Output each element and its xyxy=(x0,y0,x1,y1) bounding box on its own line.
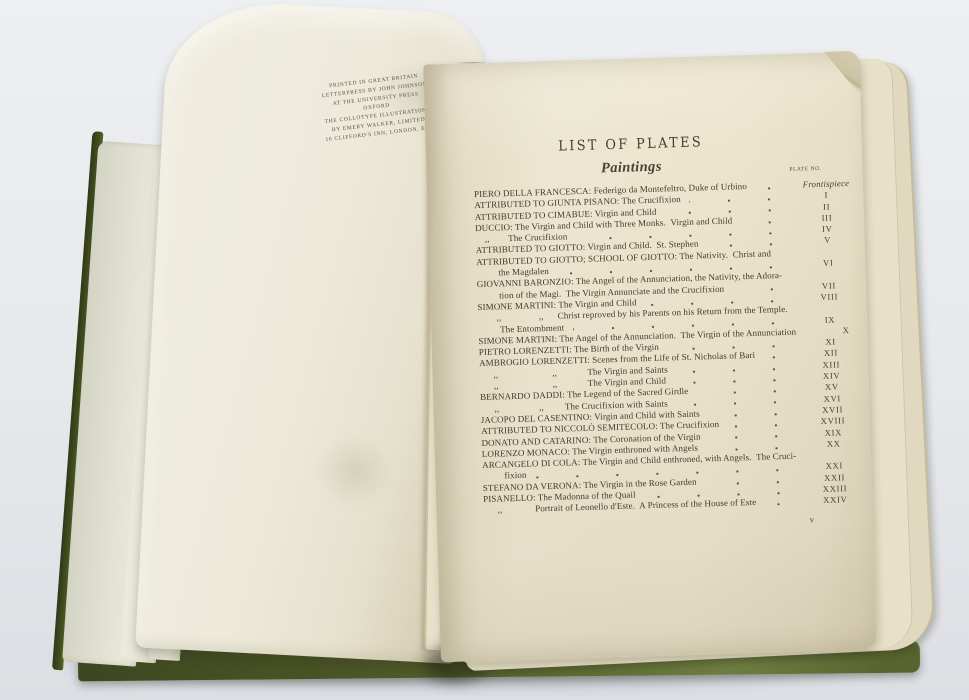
plate-number: V xyxy=(795,234,859,246)
plate-number: VI xyxy=(796,257,860,269)
leader-dots xyxy=(708,243,791,247)
plate-number: XXIII xyxy=(803,483,867,495)
plate-number: IX xyxy=(798,313,862,325)
row-spacer xyxy=(782,276,861,278)
plate-number: XIII xyxy=(799,358,863,370)
show-through-smudge xyxy=(313,431,397,510)
plate-number: VII xyxy=(797,279,861,291)
plate-number: XX xyxy=(802,437,866,449)
plate-number: Frontispiece xyxy=(794,178,858,190)
plate-number: I xyxy=(794,189,858,201)
leader-dots xyxy=(764,356,794,359)
plate-number: XII xyxy=(799,347,863,359)
plate-no-column-header: PLATE NO. xyxy=(767,165,843,173)
row-spacer xyxy=(796,457,866,459)
plate-number: XVI xyxy=(800,392,864,404)
plate-row-text: the Magdalen xyxy=(476,266,549,278)
section-heading: Paintings xyxy=(465,155,797,182)
plate-row-text: fixion xyxy=(482,470,526,481)
leader-dots xyxy=(733,288,792,292)
plate-number: X xyxy=(814,324,878,336)
leader-dots xyxy=(728,424,796,428)
leader-dots xyxy=(765,503,798,506)
plate-number: II xyxy=(794,200,858,212)
plate-number: VIII xyxy=(797,291,861,303)
row-spacer xyxy=(771,254,860,257)
row-spacer xyxy=(788,310,862,312)
leader-dots xyxy=(741,220,790,223)
plate-number: IV xyxy=(795,223,859,235)
plate-number: XIV xyxy=(799,370,863,382)
plate-number: XVII xyxy=(801,404,865,416)
right-page: LIST OF PLATES Paintings PLATE NO. PIERO… xyxy=(423,52,877,663)
plate-number: XI xyxy=(798,336,862,348)
plate-number: XXI xyxy=(802,460,866,472)
plate-number: XVIII xyxy=(801,415,865,427)
plates-list: PIERO DELLA FRANCESCA: Federigo da Monte… xyxy=(474,178,868,517)
plate-number: XIX xyxy=(801,426,865,438)
plate-number: III xyxy=(795,212,859,224)
plate-number: XXII xyxy=(803,471,867,483)
plate-number: XV xyxy=(800,381,864,393)
page-number: v xyxy=(780,513,844,525)
page-title: LIST OF PLATES xyxy=(478,132,784,157)
leader-dots xyxy=(756,187,789,190)
list-of-plates-page: LIST OF PLATES Paintings PLATE NO. PIERO… xyxy=(471,72,871,643)
leader-dots xyxy=(805,333,809,335)
plate-number: XXIV xyxy=(803,494,867,506)
